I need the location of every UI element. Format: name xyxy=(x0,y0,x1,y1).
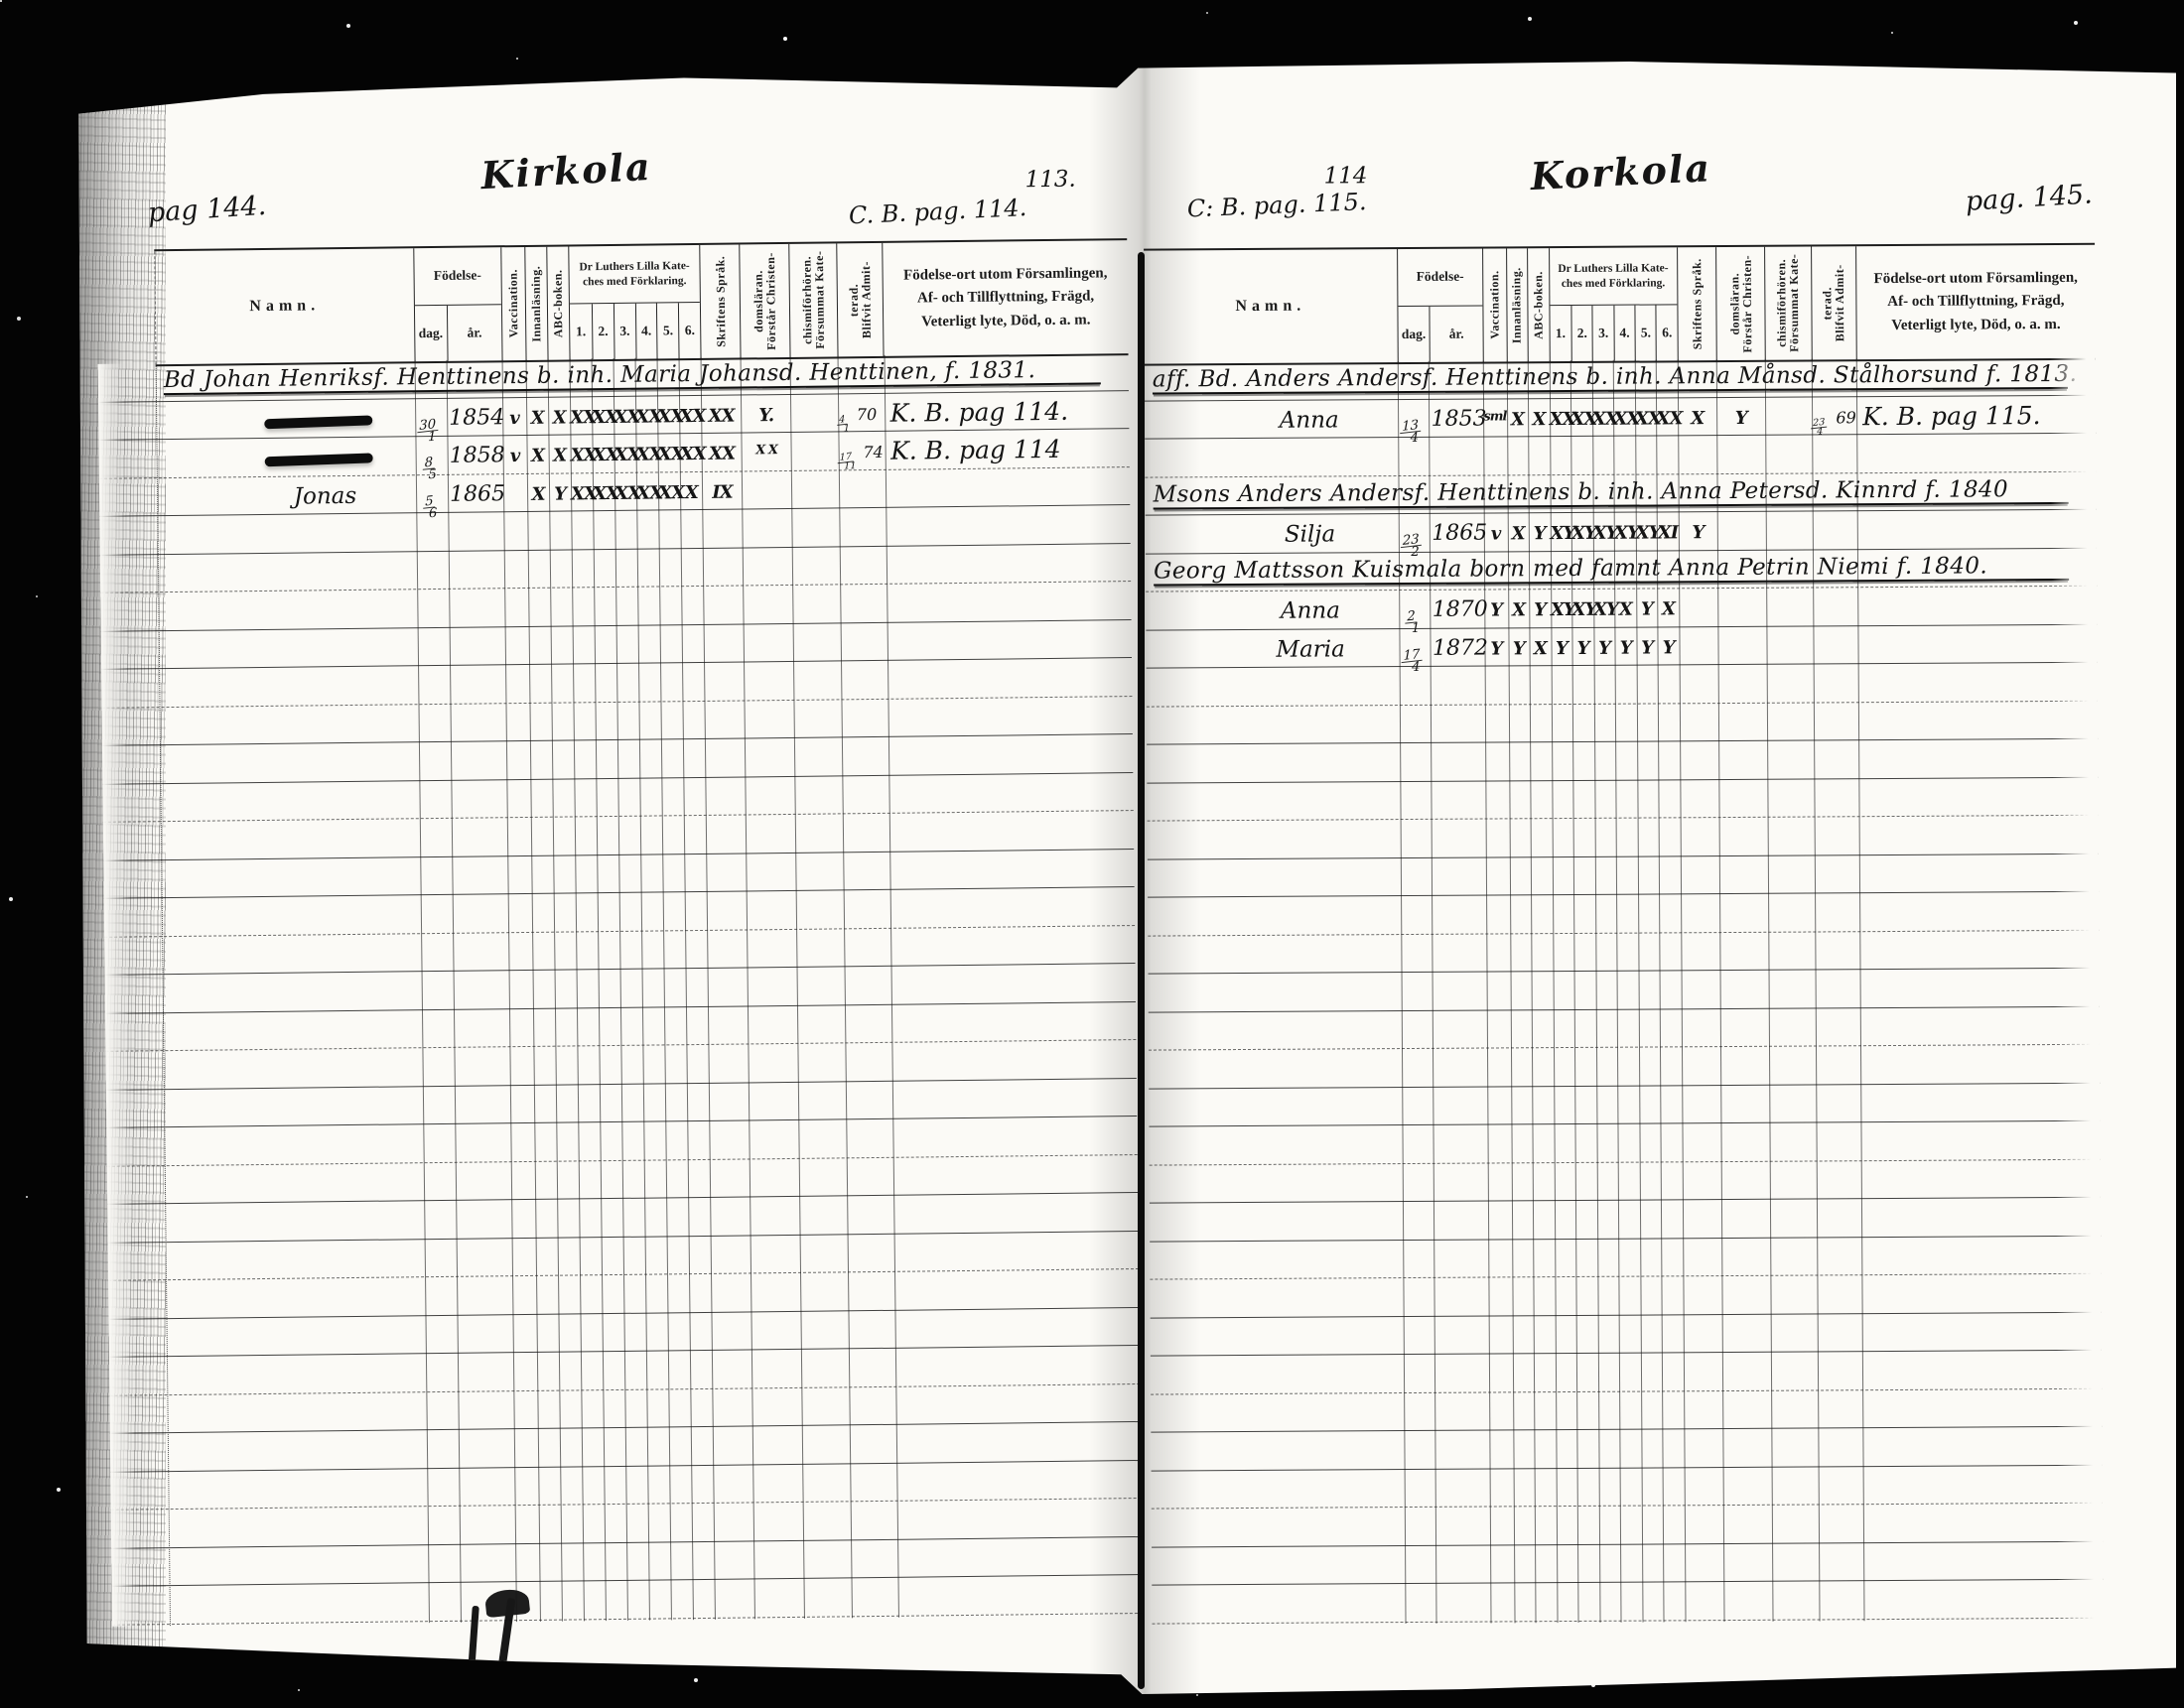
column-header-innanlasning: Innanläsning. xyxy=(524,247,547,360)
entry-birth-day: 134 xyxy=(1398,408,1430,444)
entry-mark: XX xyxy=(1550,408,1571,429)
entry-birth-day: 301 xyxy=(415,407,448,443)
column-header-katekes-6: 6. xyxy=(1656,305,1678,360)
entry-mark: XY xyxy=(1636,522,1658,543)
ledger-row xyxy=(1152,1465,2103,1509)
entry-mark: X xyxy=(1528,409,1550,430)
folio-number-handwritten: 114 xyxy=(1324,163,1368,189)
entry-admitted-date: 41 70 xyxy=(840,404,878,433)
entry-mark: XX xyxy=(614,445,636,465)
column-header-dag: dag. xyxy=(415,306,448,361)
entry-mark: Y xyxy=(1636,637,1658,658)
ledger-row xyxy=(1151,1351,2102,1394)
entry-mark: Y xyxy=(1593,637,1615,658)
entry-admitted-date: 234 69 xyxy=(1813,408,1856,437)
entry-birth-day: 232 xyxy=(1399,523,1431,559)
column-header-vaccination: Vaccination. xyxy=(1482,248,1506,361)
column-header-forsummat-katechismiforhoren: Försummat Kate-chismiförhören. xyxy=(789,243,838,357)
entry-mark: XX xyxy=(635,406,657,427)
entry-mark: X xyxy=(548,407,570,428)
column-header-blifvit-admitterad: Blifvit Admit-terad. xyxy=(837,243,884,357)
communion-book-reference: C. B. pag. 114. xyxy=(848,194,1026,229)
column-header-abc-boken: ABC-boken. xyxy=(1527,248,1549,361)
entry-mark: X xyxy=(680,481,702,502)
column-header-katekes-5: 5. xyxy=(656,303,678,358)
entry-mark: X xyxy=(1615,599,1637,620)
ledger-row xyxy=(1147,663,2098,707)
entry-mark: XX xyxy=(658,482,680,503)
entry-mark: XY xyxy=(1551,599,1572,620)
entry-mark: IX xyxy=(702,481,742,502)
ledger-row xyxy=(1152,1541,2103,1585)
entry-remark-note: K. B. pag 115. xyxy=(1862,401,2041,431)
table-header: Namn. Födelse- dag.år. Vaccination. Inna… xyxy=(1144,243,2096,366)
column-header-katekes-1: 1. xyxy=(570,304,592,359)
village-title-handwritten: Kirkola xyxy=(479,144,652,197)
ledger-row xyxy=(1149,1045,2100,1089)
column-header-katekes-4: 4. xyxy=(634,303,656,358)
entry-mark: Y xyxy=(1572,637,1594,658)
entry-mark: XY xyxy=(1550,523,1571,544)
entry-birth-year: 1858 xyxy=(450,443,505,468)
folio-number-handwritten: 113. xyxy=(1024,167,1076,194)
ledger-row xyxy=(1152,1504,2103,1547)
entry-mark: XY xyxy=(1571,599,1593,620)
column-header-katekes-4: 4. xyxy=(1613,306,1635,361)
entry-birth-year: 1854 xyxy=(449,405,504,431)
column-header-forstar-christendomslaran: Förstår Christen-domsläran. xyxy=(1715,247,1765,360)
ledger-row xyxy=(1150,1274,2101,1318)
entry-mark: XX xyxy=(702,443,742,463)
entry-mark: X xyxy=(548,445,570,465)
column-header-katekes-3: 3. xyxy=(614,304,635,359)
column-header-innanlasning: Innanläsning. xyxy=(1506,248,1528,361)
column-header-fodelseort-anteckningar: Födelse-ort utom Församlingen,Af- och Ti… xyxy=(1855,245,2096,359)
column-header-katekes: Dr Luthers Lilla Kate-ches med Förklarin… xyxy=(568,245,701,359)
column-header-ar: år. xyxy=(1430,307,1483,362)
entry-name: Anna xyxy=(1246,407,1373,434)
column-header-skriftens-sprak: Skriftens Språk. xyxy=(700,245,741,358)
entry-mark: XX xyxy=(680,444,702,464)
entry-admitted-date: 1711 74 xyxy=(840,443,884,471)
entry-mark: Y xyxy=(1679,522,1717,543)
entry-mark: v xyxy=(1484,523,1508,544)
ledger-row xyxy=(1148,930,2099,974)
scan-noise-specks xyxy=(0,0,2,2)
table-rows: aff. Bd. Anders Andersf. Henttinens b. i… xyxy=(1145,357,2104,1626)
entry-mark: Y xyxy=(1716,407,1765,428)
entry-mark: X xyxy=(1658,598,1680,619)
entry-mark: XI xyxy=(1657,522,1679,543)
entry-birth-year: 1853 xyxy=(1431,406,1485,431)
entry-mark: Y xyxy=(1484,599,1508,620)
entry-mark: XX xyxy=(1635,408,1657,429)
entry-mark: Y. xyxy=(742,404,791,426)
entry-mark: X xyxy=(527,483,549,504)
entry-mark: XY xyxy=(1571,523,1593,544)
ledger-row xyxy=(1149,1121,2100,1165)
entry-name: Anna xyxy=(1247,597,1374,624)
ledger-row xyxy=(1151,1312,2102,1356)
table-header: Namn. Födelse- dag.år. Vaccination. Inna… xyxy=(154,238,1128,366)
entry-mark: X xyxy=(526,446,548,466)
entry-mark: XY xyxy=(1593,599,1615,620)
entry-mark: v xyxy=(502,446,526,466)
ledger-row xyxy=(1147,739,2098,783)
column-header-katekes-5: 5. xyxy=(1635,305,1657,360)
family-header-entry: aff. Bd. Anders Andersf. Henttinens b. i… xyxy=(1153,361,2068,395)
ledger-row xyxy=(1152,1580,2103,1624)
entry-mark: X xyxy=(526,407,548,428)
entry-birth-day: 56 xyxy=(416,483,449,519)
entry-mark: XX xyxy=(636,444,658,464)
ledger-row xyxy=(1149,969,2100,1012)
entry-mark: Y xyxy=(1615,637,1637,658)
communion-book-reference: C: B. pag. 115. xyxy=(1186,188,1367,222)
entry-birth-year: 1870 xyxy=(1433,597,1487,622)
page-number-handwritten: pag 144. xyxy=(147,191,267,229)
entry-mark: Y xyxy=(1485,638,1509,659)
column-header-skriftens-sprak: Skriftens Språk. xyxy=(1677,247,1716,360)
column-header-katekes-3: 3. xyxy=(1592,306,1614,361)
entry-mark: X xyxy=(1507,523,1529,544)
column-header-abc-boken: ABC-boken. xyxy=(546,246,569,359)
column-header-forstar-christendomslaran: Förstår Christen-domsläran. xyxy=(740,244,790,358)
ledger-row xyxy=(1148,892,2099,936)
column-header-forsummat-katechismiforhoren: Försummat Kate-chismiförhören. xyxy=(1764,247,1812,360)
column-header-vaccination: Vaccination. xyxy=(500,247,525,360)
column-header-blifvit-admitterad: Blifvit Admit-terad. xyxy=(1811,246,1856,359)
entry-mark: X xyxy=(1508,599,1530,620)
entry-mark: XX xyxy=(570,407,592,428)
ledger-row xyxy=(1148,816,2099,859)
ledger-row xyxy=(1150,1198,2101,1242)
column-header-fodelseort-anteckningar: Födelse-ort utom Församlingen,Af- och Ti… xyxy=(883,240,1129,356)
entry-mark: XX xyxy=(658,444,680,464)
entry-remark-note: K. B. pag 114. xyxy=(890,396,1069,427)
ledger-row xyxy=(1149,1006,2100,1050)
entry-mark: XX xyxy=(701,405,741,426)
entry-mark: XY xyxy=(1614,523,1636,544)
ledger-row xyxy=(1147,777,2098,821)
entry-name: Maria xyxy=(1247,636,1374,663)
entry-mark: XY xyxy=(1592,523,1614,544)
column-header-katekes-2: 2. xyxy=(592,304,614,359)
right-page: C: B. pag. 115. 114 Korkola pag. 145. Na… xyxy=(1143,139,2104,1693)
column-header-katekes-6: 6. xyxy=(678,303,700,358)
entry-mark: XX xyxy=(614,482,636,503)
table-rows: Bd Johan Henriksf. Henttinens b. inh. Ma… xyxy=(98,352,1143,1627)
entry-mark: Y xyxy=(1636,598,1658,619)
entry-mark: XX xyxy=(1592,408,1614,429)
entry-name: Silja xyxy=(1247,521,1374,548)
entry-mark: Y xyxy=(1508,638,1530,659)
entry-remark-note: K. B. pag 114 xyxy=(890,435,1061,465)
page-number-handwritten: pag. 145. xyxy=(1965,179,2094,216)
entry-name: Jonas xyxy=(260,482,390,509)
entry-birth-year: 1865 xyxy=(450,481,505,507)
entry-mark: X X xyxy=(742,443,791,459)
entry-mark: Y xyxy=(549,483,571,504)
village-title-handwritten: Korkola xyxy=(1530,145,1712,198)
scanned-parish-register: pag 144. Kirkola 113. C. B. pag. 114. Na… xyxy=(0,0,2184,1708)
ledger-row xyxy=(1147,701,2098,744)
entry-mark: XX xyxy=(657,406,679,427)
entry-mark: Y xyxy=(1551,637,1572,658)
entry-birth-day: 21 xyxy=(1399,599,1431,635)
entry-birth-year: 1865 xyxy=(1432,521,1486,546)
entry-mark: sml xyxy=(1483,409,1507,424)
ledger-row xyxy=(1149,1083,2100,1126)
entry-mark: XX xyxy=(593,445,614,465)
entry-birth-year: 1872 xyxy=(1433,635,1487,660)
column-header-fodelse: Födelse- dag.år. xyxy=(1397,249,1483,363)
entry-mark: XX xyxy=(1613,408,1635,429)
entry-mark: XX xyxy=(593,482,614,503)
entry-mark: XX xyxy=(571,483,593,504)
entry-birth-day: 174 xyxy=(1399,637,1431,673)
ledger-row xyxy=(1145,434,2096,477)
ledger-row xyxy=(1151,1427,2102,1471)
entry-mark: XX xyxy=(592,406,614,427)
ledger-row xyxy=(1148,854,2099,897)
entry-mark: v xyxy=(502,407,526,428)
family-header-entry: Georg Mattsson Kuismala born med famnt A… xyxy=(1154,552,2069,586)
column-header-fodelse: Födelse- dag.år. xyxy=(413,247,501,361)
entry-mark: XX xyxy=(571,445,593,465)
column-header-namn: Namn. xyxy=(154,248,414,364)
ledger-row xyxy=(1150,1159,2101,1203)
column-header-katekes: Dr Luthers Lilla Kate-ches med Förklarin… xyxy=(1549,247,1678,361)
open-register-book: pag 144. Kirkola 113. C. B. pag. 114. Na… xyxy=(74,62,2176,1694)
entry-mark: Y xyxy=(1658,637,1680,658)
column-header-katekes-2: 2. xyxy=(1570,306,1592,361)
entry-mark: X xyxy=(1530,638,1552,659)
entry-mark: XX xyxy=(614,406,635,427)
column-header-dag: dag. xyxy=(1398,307,1430,362)
entry-mark: XX xyxy=(679,405,701,426)
entry-mark: XX xyxy=(1570,408,1592,429)
entry-mark: Y xyxy=(1529,599,1551,620)
column-header-katekes-1: 1. xyxy=(1550,306,1571,361)
family-header-entry: Msons Anders Andersf. Henttinens b. inh.… xyxy=(1153,475,2068,509)
ledger-row xyxy=(1151,1388,2102,1432)
entry-mark: XX xyxy=(1656,408,1678,429)
column-header-namn: Namn. xyxy=(1144,249,1398,364)
entry-mark: XX xyxy=(636,482,658,503)
left-page: pag 144. Kirkola 113. C. B. pag. 114. Na… xyxy=(153,134,1144,1693)
entry-birth-day: 85 xyxy=(415,446,448,481)
entry-mark: X xyxy=(1678,408,1716,429)
entry-mark: X xyxy=(1507,409,1529,430)
column-header-ar: år. xyxy=(447,305,502,361)
ledger-row xyxy=(1150,1236,2101,1279)
entry-mark: Y xyxy=(1529,523,1551,544)
